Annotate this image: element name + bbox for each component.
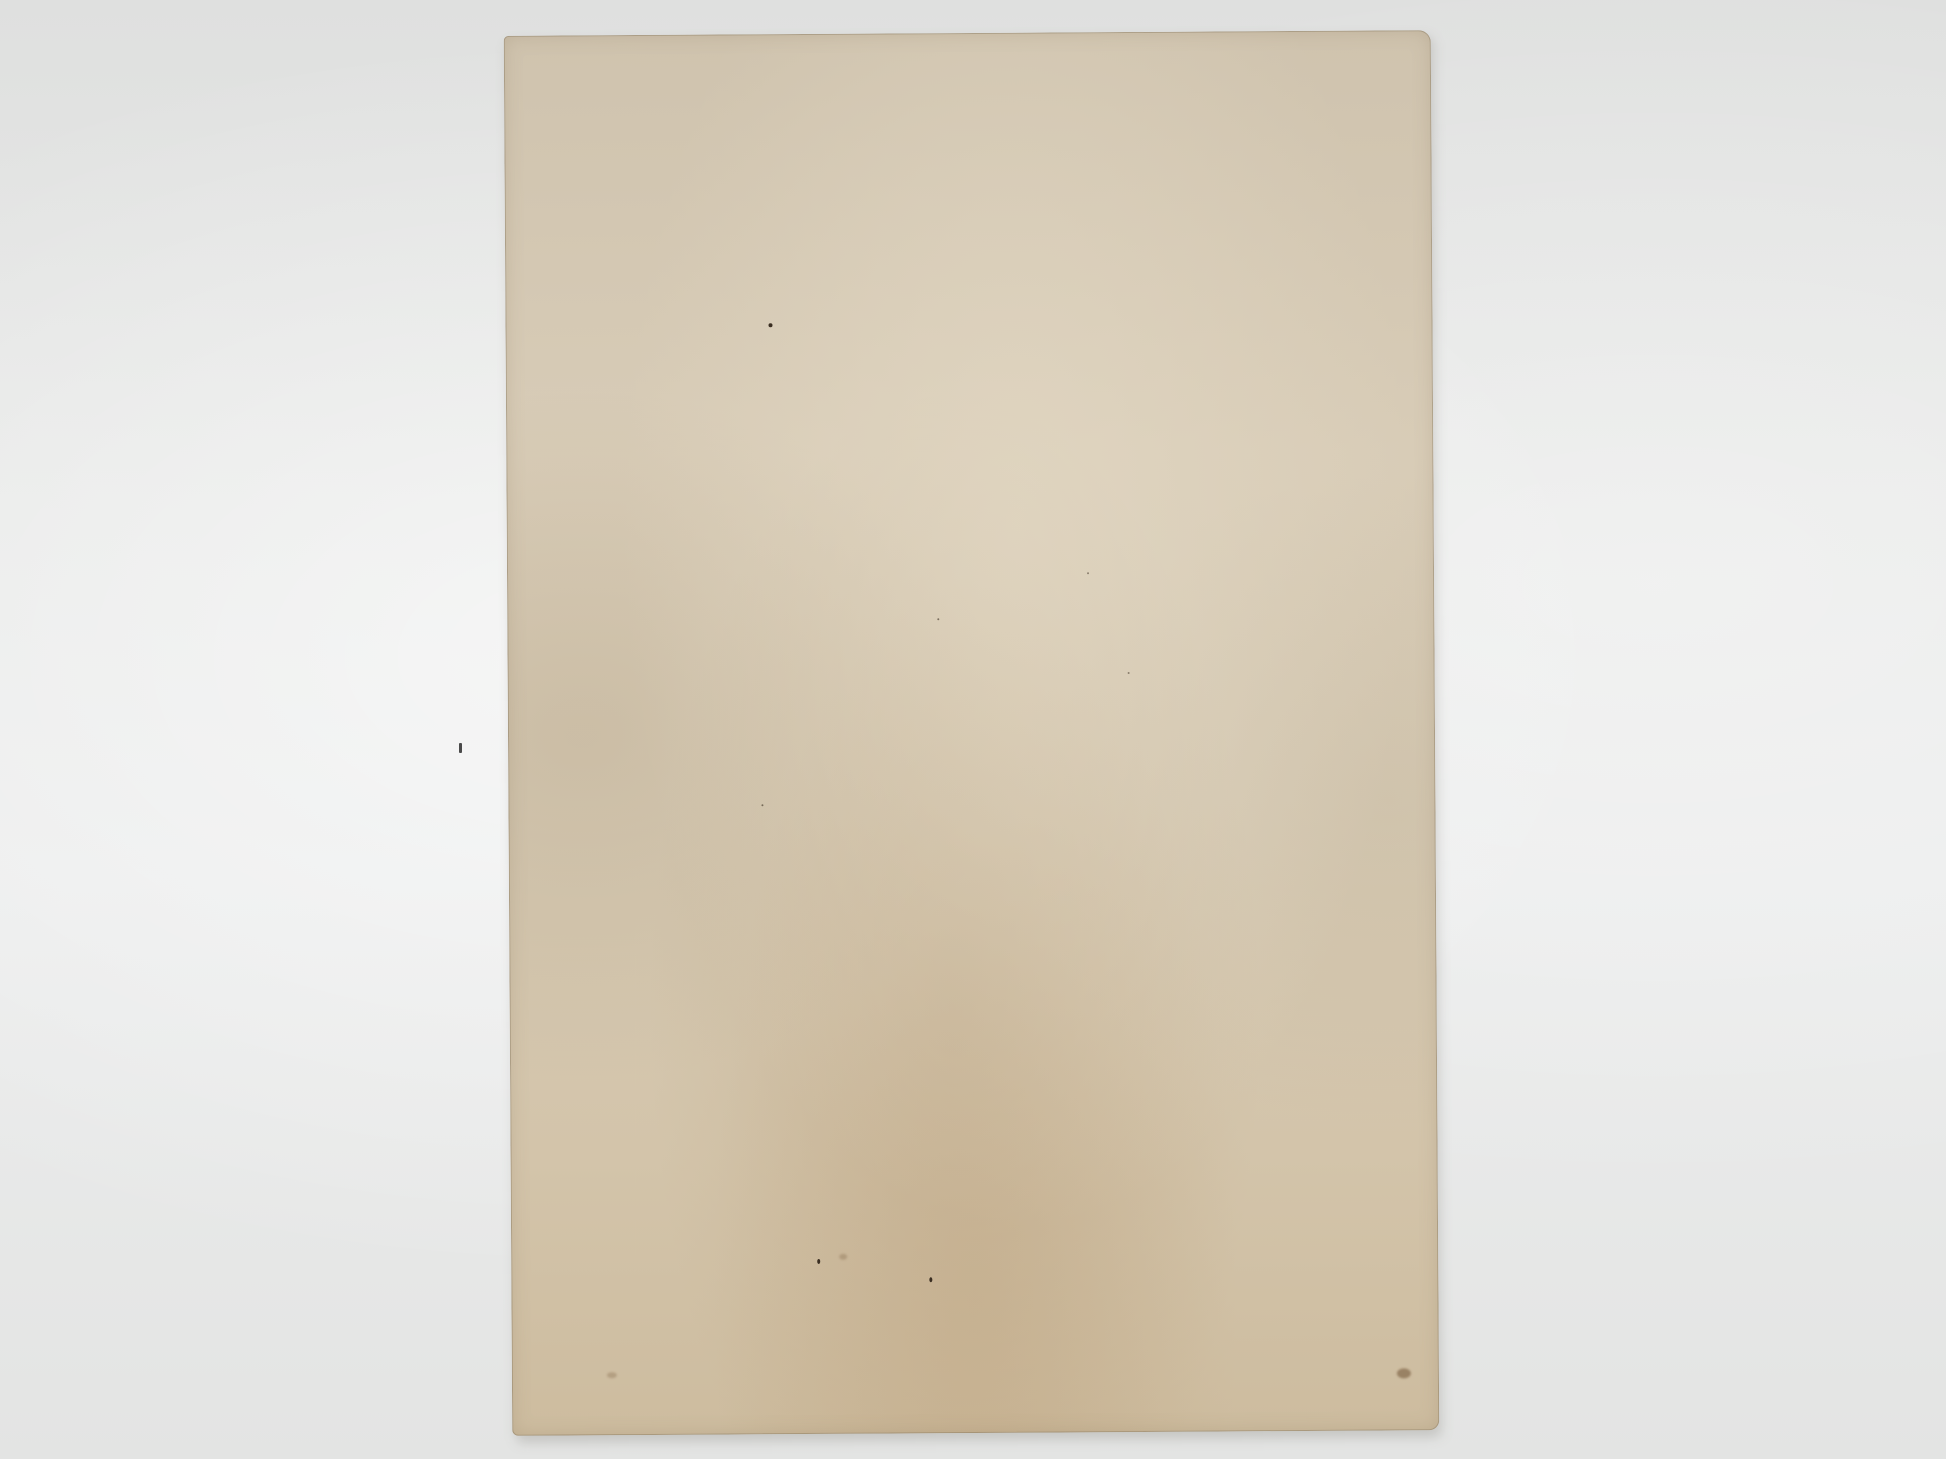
blank-card	[504, 30, 1440, 1436]
stain	[839, 1254, 847, 1260]
speck	[1128, 672, 1130, 674]
speck	[817, 1259, 820, 1264]
speck	[937, 618, 939, 620]
stain	[607, 1372, 617, 1378]
wall-mark	[459, 743, 462, 753]
speck	[768, 323, 772, 327]
speck	[929, 1277, 932, 1282]
speck	[1087, 572, 1089, 574]
speck	[761, 804, 763, 806]
corner-stain	[1397, 1368, 1411, 1378]
